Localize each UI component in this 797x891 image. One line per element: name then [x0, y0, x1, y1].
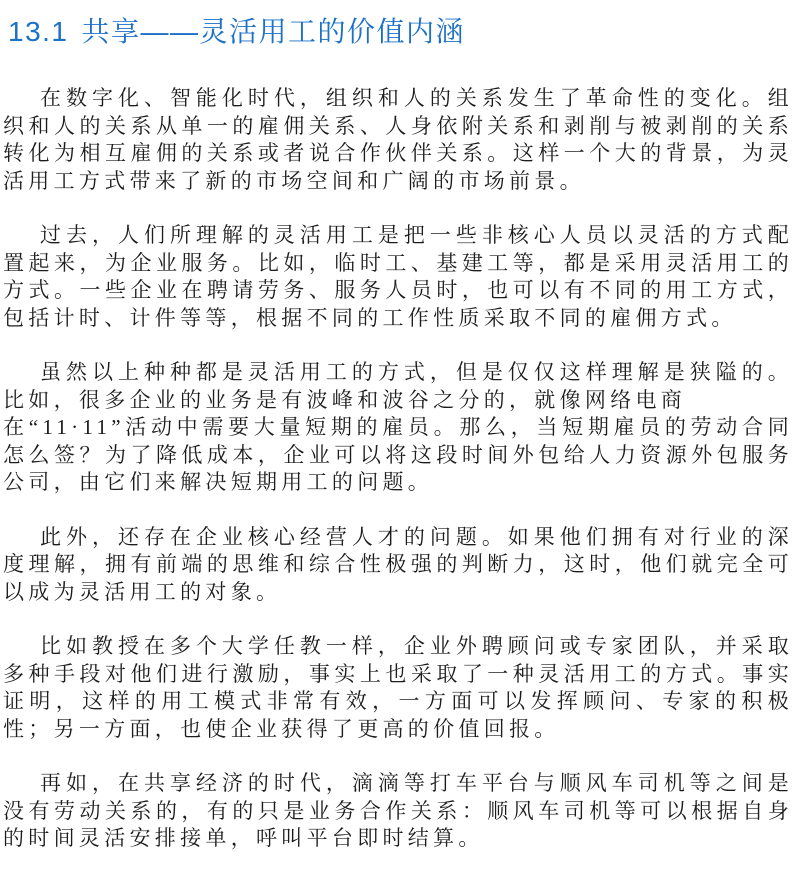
paragraph-5: 比如教授在多个大学任教一样，企业外聘顾问或专家团队，并采取多种手段对他们进行激励…: [3, 633, 793, 743]
document-page: 13.1共享——灵活用工的价值内涵 在数字化、智能化时代，组织和人的关系发生了革…: [0, 0, 797, 891]
paragraph-1: 在数字化、智能化时代，组织和人的关系发生了革命性的变化。组织和人的关系从单一的雇…: [3, 85, 793, 195]
paragraph-3-continuation: 在“11·11”活动中需要大量短期的雇员。那么，当短期雇员的劳动合同怎么签？为了…: [3, 414, 793, 497]
paragraph-3: 虽然以上种种都是灵活用工的方式，但是仅仅这样理解是狭隘的。比如，很多企业的业务是…: [3, 359, 793, 414]
section-heading: 13.1共享——灵活用工的价值内涵: [8, 15, 793, 49]
section-number: 13.1: [8, 16, 69, 47]
section-title: 共享——灵活用工的价值内涵: [82, 16, 466, 47]
paragraph-6: 再如，在共享经济的时代，滴滴等打车平台与顺风车司机等之间是没有劳动关系的，有的只…: [3, 770, 793, 853]
paragraph-2: 过去，人们所理解的灵活用工是把一些非核心人员以灵活的方式配置起来，为企业服务。比…: [3, 222, 793, 332]
paragraph-4: 此外，还存在企业核心经营人才的问题。如果他们拥有对行业的深度理解，拥有前端的思维…: [3, 524, 793, 607]
